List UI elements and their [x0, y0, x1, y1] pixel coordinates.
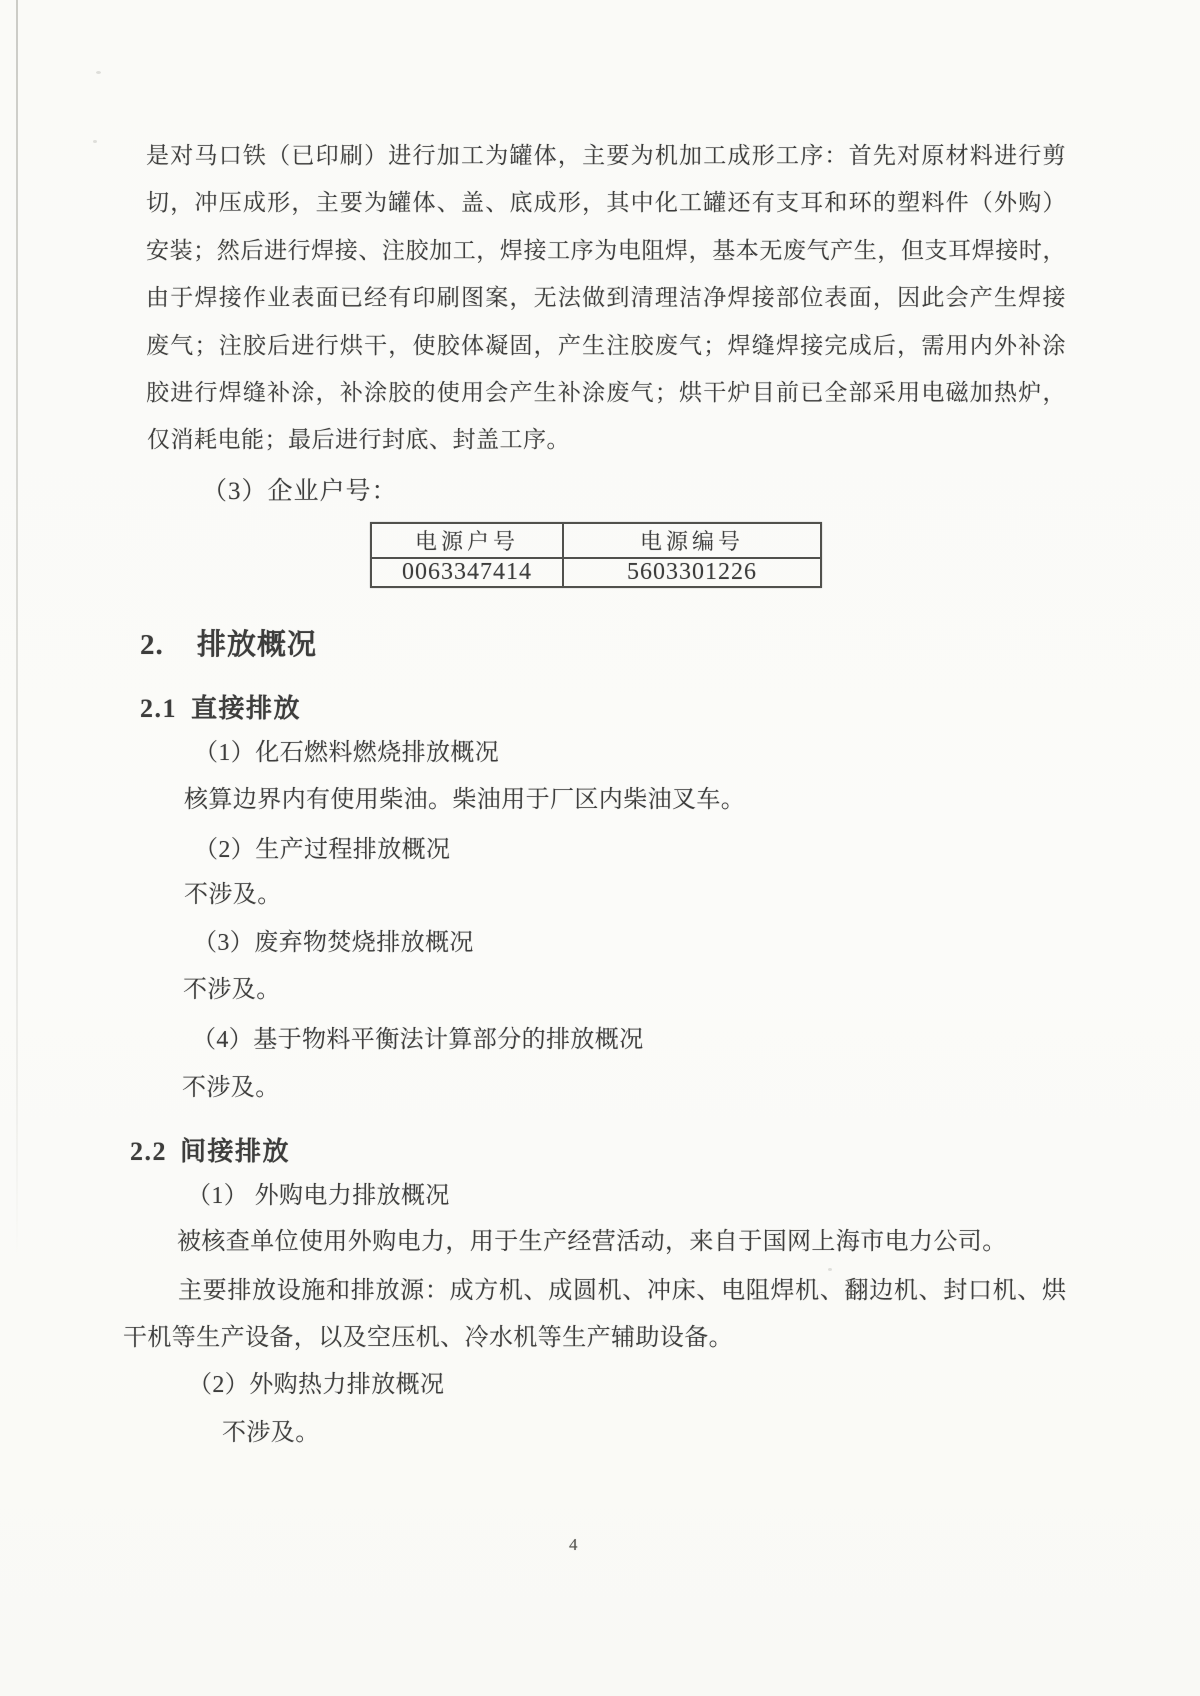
item-fossil-fuel-overview: （1）化石燃料燃烧排放概况	[194, 738, 499, 769]
enterprise-account-label: （3）企业户号：	[202, 476, 398, 509]
item-purchased-heat-overview: （2）外购热力排放概况	[188, 1370, 444, 1401]
power-account-table: 电源户号 电源编号 0063347414 5603301226	[370, 522, 822, 588]
page-number: 4	[569, 1534, 578, 1556]
scan-edge-line	[16, 0, 18, 1260]
item-waste-incineration-overview: （3）废弃物焚烧排放概况	[193, 928, 474, 959]
intro-line: 安装；然后进行焊接、注胶加工，焊接工序为电阻焊，基本无废气产生，但支耳焊接时，	[146, 236, 1066, 266]
table-value-power-number: 5603301226	[564, 559, 820, 586]
table-header-power-account: 电源户号	[372, 524, 564, 557]
item-diesel-usage-note: 核算边界内有使用柴油。柴油用于厂区内柴油叉车。	[184, 785, 745, 816]
intro-line: 胶进行焊缝补涂，补涂胶的使用会产生补涂废气；烘干炉目前已全部采用电磁加热炉，	[146, 378, 1066, 408]
item-not-involved-1: 不涉及。	[184, 880, 282, 911]
item-emission-facilities-line-1: 主要排放设施和排放源：成方机、成圆机、冲床、电阻焊机、翻边机、封口机、烘	[178, 1276, 1066, 1307]
table-header-power-number: 电源编号	[564, 524, 820, 557]
section-2-1-number: 2.1	[140, 692, 177, 726]
section-2-number: 2.	[140, 627, 164, 665]
scanned-document-page: 是对马口铁（已印刷）进行加工为罐体，主要为机加工成形工序：首先对原材料进行剪 切…	[0, 0, 1200, 1696]
item-material-balance-overview: （4）基于物料平衡法计算部分的排放概况	[192, 1025, 644, 1056]
table-value-row: 0063347414 5603301226	[372, 559, 820, 586]
item-not-involved-3: 不涉及。	[182, 1073, 280, 1104]
table-header-row: 电源户号 电源编号	[372, 524, 820, 559]
item-electricity-source-note: 被核查单位使用外购电力，用于生产经营活动，来自于国网上海市电力公司。	[177, 1227, 1007, 1258]
section-2-title: 排放概况	[197, 627, 317, 665]
intro-line: 是对马口铁（已印刷）进行加工为罐体，主要为机加工成形工序：首先对原材料进行剪	[146, 141, 1066, 171]
item-not-involved-2: 不涉及。	[183, 975, 281, 1006]
scan-speck	[96, 71, 101, 74]
intro-line: 切，冲压成形，主要为罐体、盖、底成形，其中化工罐还有支耳和环的塑料件（外购）	[146, 188, 1066, 218]
intro-line: 由于焊接作业表面已经有印刷图案，无法做到清理洁净焊接部位表面，因此会产生焊接	[146, 283, 1066, 313]
scan-speck	[93, 140, 97, 143]
item-not-involved-4: 不涉及。	[222, 1418, 320, 1449]
item-purchased-electricity-overview: （1） 外购电力排放概况	[187, 1181, 450, 1212]
section-2-1-title: 直接排放	[191, 692, 301, 726]
scan-speck	[828, 1268, 832, 1271]
item-emission-facilities-line-2: 干机等生产设备，以及空压机、冷水机等生产辅助设备。	[123, 1323, 733, 1354]
item-production-process-overview: （2）生产过程排放概况	[194, 835, 450, 866]
section-2-2-number: 2.2	[130, 1135, 167, 1169]
intro-line: 废气；注胶后进行烘干，使胶体凝固，产生注胶废气；焊缝焊接完成后，需用内外补涂	[146, 331, 1066, 361]
section-2-2-title: 间接排放	[180, 1135, 290, 1169]
table-value-power-account: 0063347414	[372, 559, 564, 586]
intro-line-last: 仅消耗电能；最后进行封底、封盖工序。	[147, 425, 1067, 455]
